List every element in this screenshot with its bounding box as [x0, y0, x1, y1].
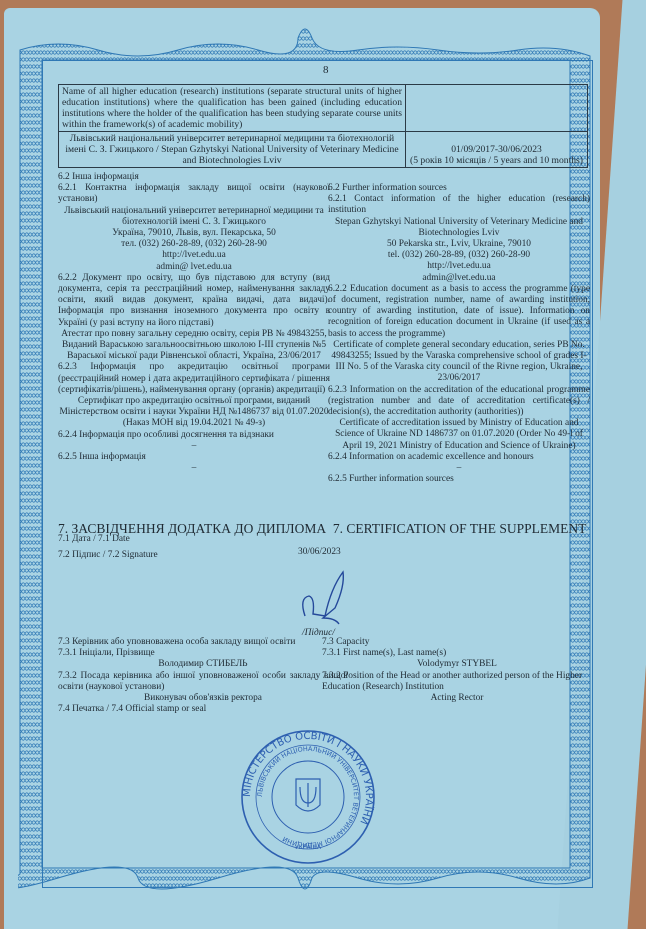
uk-contact-name: Львівський національний університет вете… — [58, 206, 330, 228]
en-column: 6.2 Further information sources 6.2.1 Co… — [328, 183, 590, 485]
uk-contact-email: admin@ lvet.edu.ua — [58, 262, 330, 273]
seal-country: УКРАЇНА — [295, 844, 322, 851]
position-label-uk: 7.3.2 Посада керівника або іншої уповнов… — [58, 671, 348, 693]
en-s621: 6.2.1 Contact information of the higher … — [328, 194, 590, 216]
date-value: 30/06/2023 — [298, 547, 341, 558]
en-contact-web: http://lvet.edu.ua — [328, 261, 590, 272]
uk-s621: 6.2.1 Контактна інформація закладу вищої… — [58, 183, 330, 205]
study-period: 01/09/2017-30/06/2023 (5 років 10 місяці… — [406, 132, 588, 168]
uk-s623-value: Сертифікат про акредитацію освітньої про… — [58, 396, 330, 430]
en-contact-address: 50 Pekarska str., Lviv, Ukraine, 79010 — [328, 239, 590, 250]
period-duration: (5 років 10 місяців / 5 years and 10 mon… — [409, 155, 584, 166]
position-value-en: Acting Rector — [322, 693, 592, 704]
page-number: 8 — [323, 64, 329, 76]
uk-s62: 6.2 Інша інформація — [58, 172, 330, 183]
period-dates: 01/09/2017-30/06/2023 — [409, 144, 584, 155]
official-seal-icon: МІНІСТЕРСТВО ОСВІТИ І НАУКИ УКРАЇНИ ЛЬВІ… — [238, 727, 378, 867]
signature-label: 7.2 Підпис / 7.2 Signature — [58, 550, 158, 561]
capacity-en: 7.3 Capacity — [322, 637, 592, 648]
en-s622-value: Certificate of complete general secondar… — [328, 340, 590, 385]
uk-column: 6.2 Інша інформація 6.2.1 Контактна інфо… — [58, 172, 330, 474]
uk-s625: 6.2.5 Інша інформація — [58, 452, 330, 463]
en-contact-name: Stepan Gzhytskyi National University of … — [328, 217, 590, 239]
en-s623: 6.2.3 Information on the accreditation o… — [328, 385, 590, 419]
capacity-uk: 7.3 Керівник або уповноважена особа закл… — [58, 637, 348, 648]
en-contact: Stepan Gzhytskyi National University of … — [328, 217, 590, 284]
capacity-uk-block: 7.3 Керівник або уповноважена особа закл… — [58, 637, 348, 715]
en-s625: 6.2.5 Further information sources — [328, 474, 590, 485]
en-contact-phone: tel. (032) 260-28-89, (032) 260-28-90 — [328, 250, 590, 261]
institutions-table: Name of all higher education (research) … — [58, 84, 588, 168]
name-label-en: 7.3.1 First name(s), Last name(s) — [322, 648, 592, 659]
uk-s623: 6.2.3 Інформація про акредитацію освітнь… — [58, 362, 330, 396]
table-header-right — [406, 85, 588, 132]
name-value-en: Volodymyr STYBEL — [322, 659, 592, 670]
uk-contact-web: http://lvet.edu.ua — [58, 250, 330, 261]
uk-s624-value: – — [58, 441, 330, 452]
uk-s625-value: – — [58, 463, 330, 474]
en-contact-email: admin@lvet.edu.ua — [328, 273, 590, 284]
uk-contact: Львівський національний університет вете… — [58, 206, 330, 273]
table-header-left: Name of all higher education (research) … — [59, 85, 406, 132]
capacity-en-block: 7.3 Capacity 7.3.1 First name(s), Last n… — [322, 637, 592, 704]
name-label-uk: 7.3.1 Ініціали, Прізвище — [58, 648, 348, 659]
uk-contact-address: Україна, 79010, Львів, вул. Пекарська, 5… — [58, 228, 330, 239]
uk-s624: 6.2.4 Інформація про особливі досягнення… — [58, 430, 330, 441]
heading-en: 7. CERTIFICATION OF THE SUPPLEMENT — [333, 521, 587, 536]
uk-s622-value: Атестат про повну загальну середню освіт… — [58, 329, 330, 363]
en-s624-value: – — [328, 463, 590, 474]
en-s623-value: Certificate of accreditation issued by M… — [328, 418, 590, 452]
en-s624: 6.2.4 Information on academic excellence… — [328, 452, 590, 463]
uk-s622: 6.2.2 Документ про освіту, що був підста… — [58, 273, 330, 329]
name-value-uk: Володимир СТИБЕЛЬ — [58, 659, 348, 670]
uk-contact-phone: тел. (032) 260-28-89, (032) 260-28-90 — [58, 239, 330, 250]
institution-name: Львівський національний університет вете… — [59, 132, 406, 168]
position-label-en: 7.3.2 Position of the Head or another au… — [322, 671, 592, 693]
certification-heading: 7. ЗАСВІДЧЕННЯ ДОДАТКА ДО ДИПЛОМА 7. CER… — [58, 523, 598, 534]
stamp-label: 7.4 Печатка / 7.4 Official stamp or seal — [58, 704, 348, 715]
en-s62: 6.2 Further information sources — [328, 183, 590, 194]
position-value-uk: Виконувач обов'язків ректора — [58, 693, 348, 704]
certification-section: 7. ЗАСВІДЧЕННЯ ДОДАТКА ДО ДИПЛОМА 7. CER… — [58, 523, 598, 545]
en-s622: 6.2.2 Education document as a basis to a… — [328, 284, 590, 340]
signature-icon — [295, 568, 355, 628]
